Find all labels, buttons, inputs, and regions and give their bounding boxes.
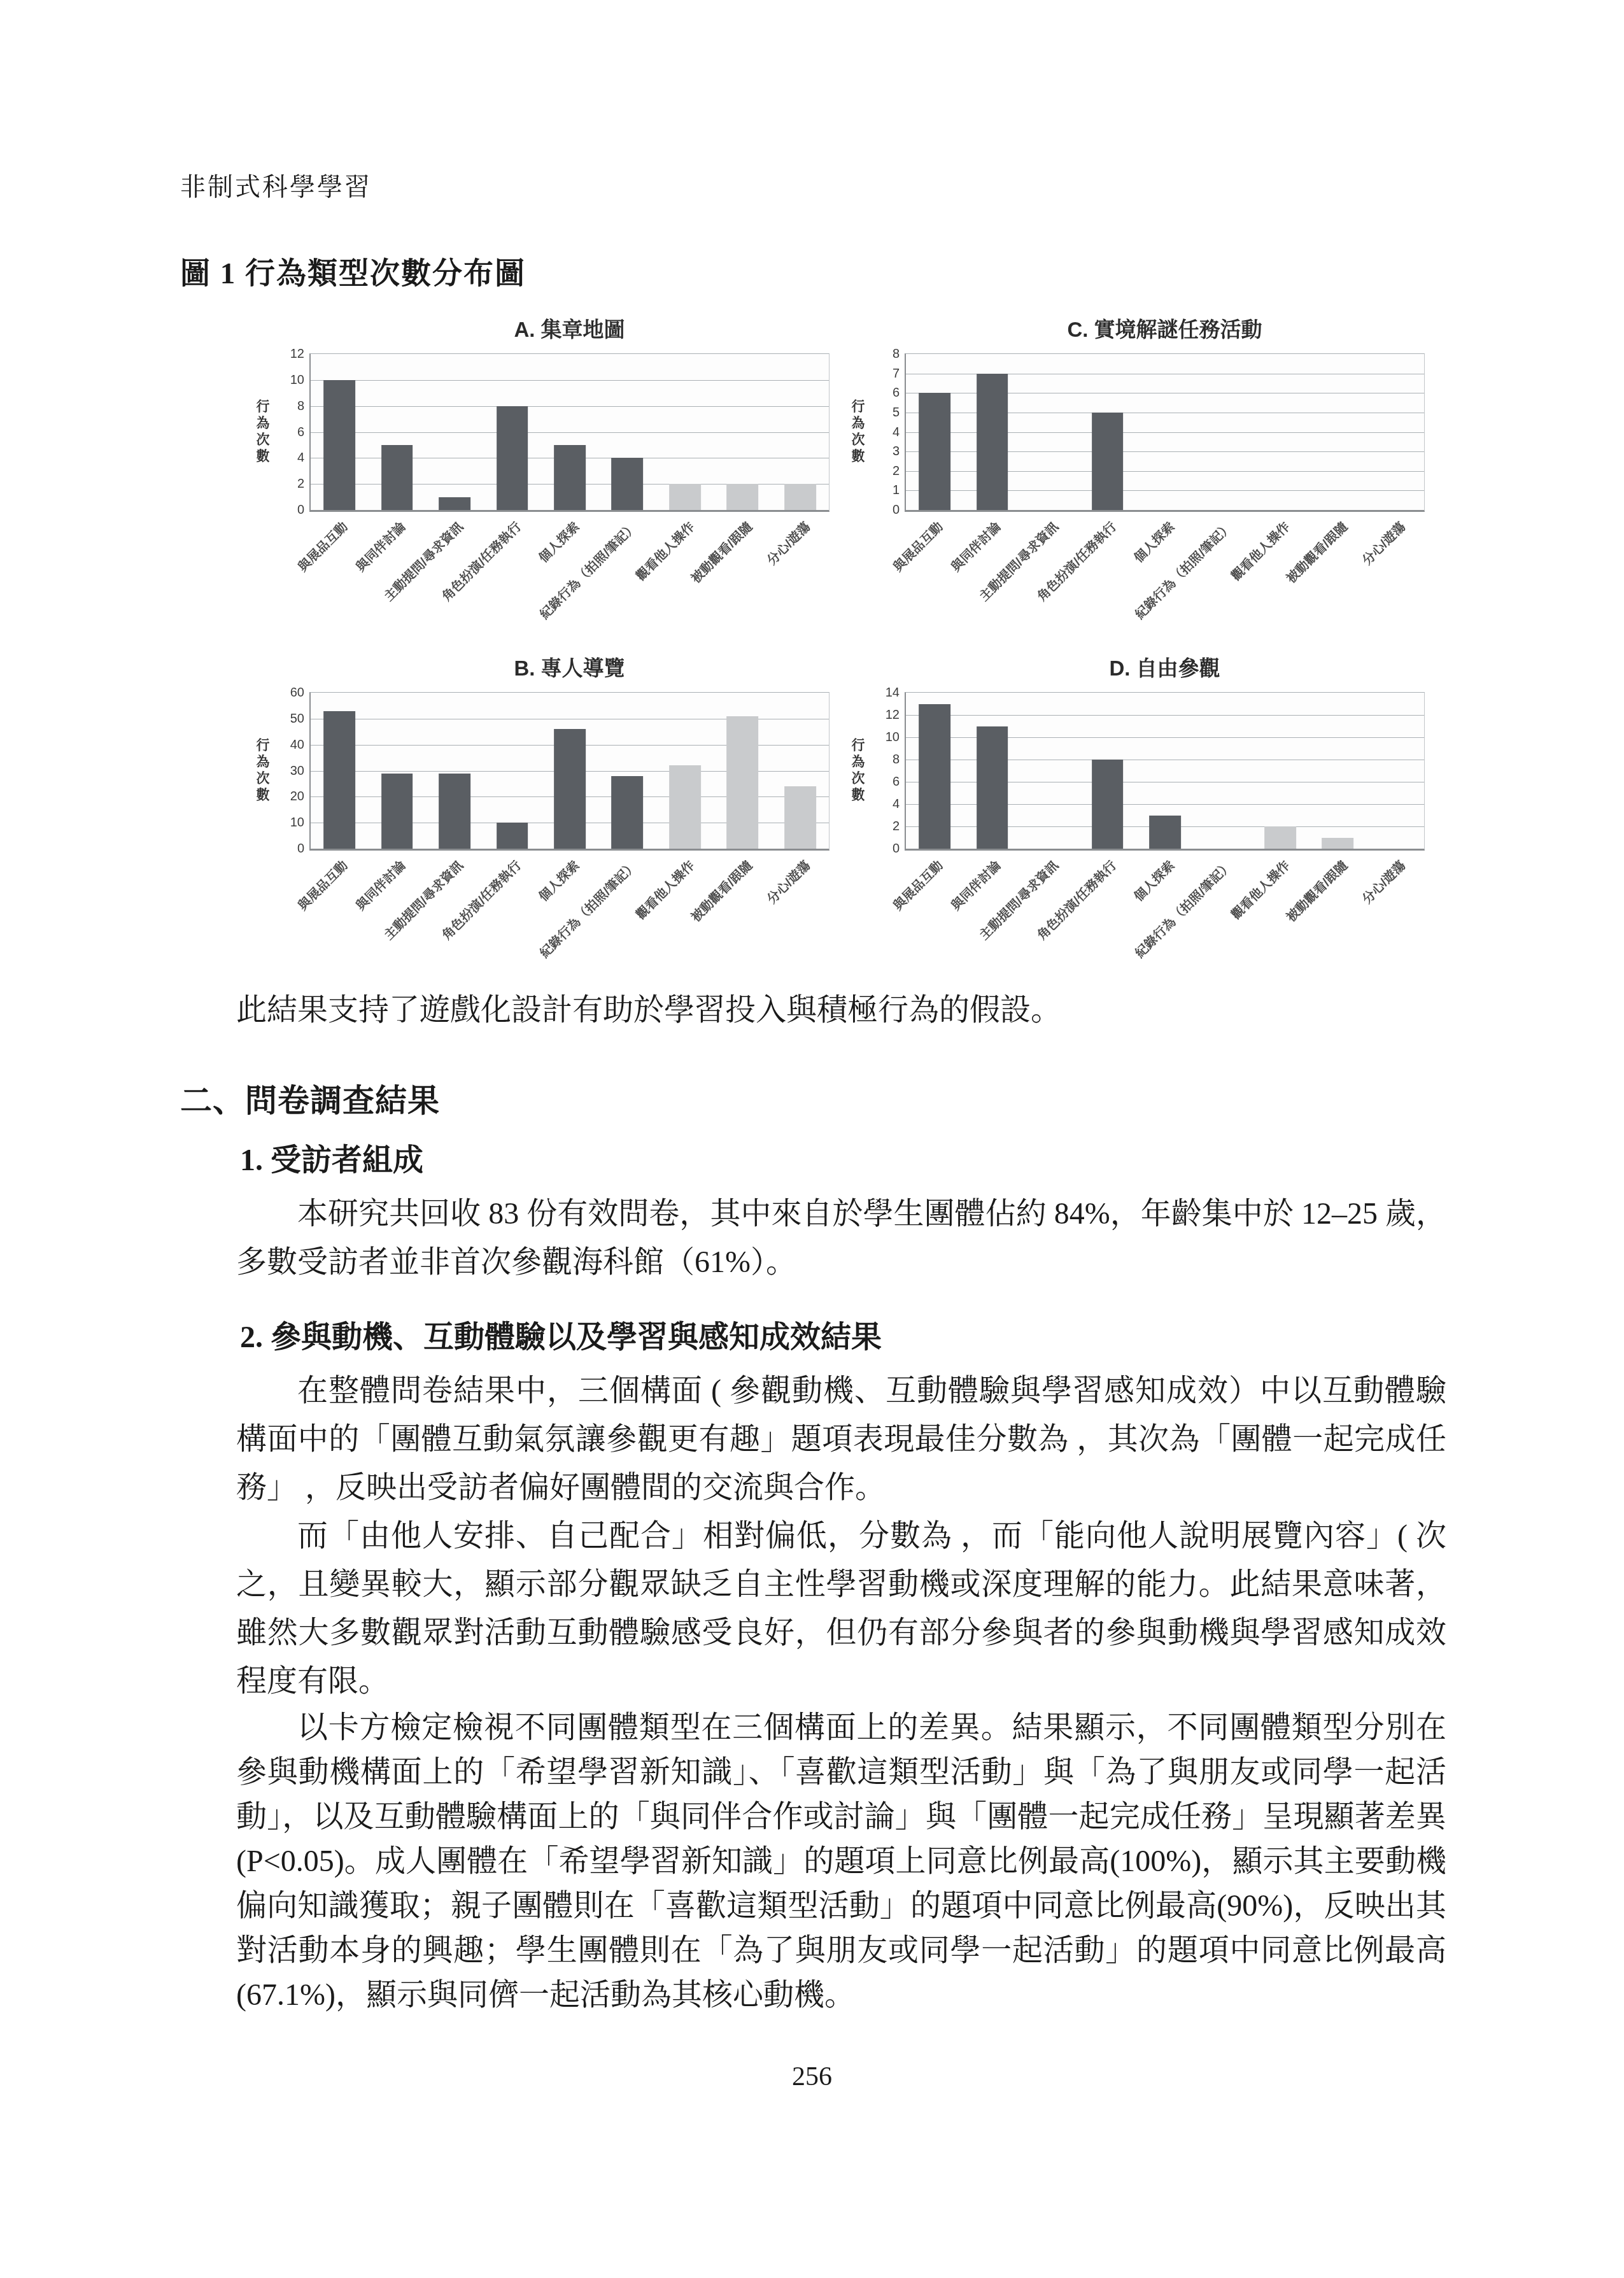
y-axis-tick: 8 bbox=[274, 399, 304, 414]
y-axis-tick: 4 bbox=[869, 797, 900, 812]
y-axis-tick: 0 bbox=[274, 503, 304, 518]
subsection-heading-1: 1. 受訪者組成 bbox=[240, 1136, 1446, 1185]
y-axis-tick: 14 bbox=[869, 686, 900, 700]
y-axis-title: 行為次數 bbox=[849, 353, 868, 509]
y-axis-tick: 60 bbox=[274, 686, 304, 700]
y-axis-tick: 7 bbox=[869, 367, 900, 381]
figure-note: 此結果支持了遊戲化設計有助於學習投入與積極行為的假設。 bbox=[236, 986, 1446, 1035]
y-axis-title-char: 行 bbox=[852, 399, 865, 415]
x-axis-label-text: 與展品互動 bbox=[293, 856, 351, 914]
chart-panel-title: C. 實境解謎任務活動 bbox=[905, 313, 1425, 343]
x-axis-label-text: 與展品互動 bbox=[889, 517, 947, 575]
x-axis-label-text: 分心/遊蕩 bbox=[1357, 517, 1409, 569]
x-axis-label-text: 與同伴討論 bbox=[946, 856, 1004, 914]
y-axis-title: 行為次數 bbox=[253, 353, 272, 509]
y-axis-title: 行為次數 bbox=[253, 692, 272, 848]
x-axis-label-text: 分心/遊蕩 bbox=[762, 856, 814, 907]
bar bbox=[1322, 838, 1353, 849]
y-axis-tick: 10 bbox=[869, 730, 900, 745]
y-axis-title-char: 次 bbox=[257, 770, 270, 787]
x-axis-label-text: 個人探索 bbox=[1129, 856, 1178, 905]
x-axis-label-text: 紀錄行為（拍照/筆記） bbox=[535, 517, 640, 623]
y-axis-tick: 6 bbox=[869, 775, 900, 789]
y-axis-tick: 2 bbox=[869, 464, 900, 479]
y-axis-tick: 6 bbox=[869, 386, 900, 400]
chart-panel-title: A. 集章地圖 bbox=[309, 313, 830, 343]
chart-body: 行為次數02468101214與展品互動與同伴討論主動提問/尋求資訊角色扮演/任… bbox=[849, 692, 1425, 973]
gridline bbox=[311, 380, 829, 381]
y-axis-title-char: 次 bbox=[852, 770, 865, 787]
y-axis-title-char: 數 bbox=[257, 787, 270, 803]
section-heading-2: 二、問卷調查結果 bbox=[180, 1077, 1446, 1125]
y-axis-tick: 6 bbox=[274, 425, 304, 440]
x-axis-labels: 與展品互動與同伴討論主動提問/尋求資訊角色扮演/任務執行個人探索紀錄行為（拍照/… bbox=[309, 851, 830, 973]
bar bbox=[554, 445, 586, 510]
x-axis-label-text: 分心/遊蕩 bbox=[762, 517, 814, 569]
y-axis-tick: 8 bbox=[869, 753, 900, 767]
y-axis-tick: 30 bbox=[274, 764, 304, 779]
x-axis-label-text: 紀錄行為（拍照/筆記） bbox=[1130, 517, 1236, 623]
x-axis-label-text: 與同伴討論 bbox=[351, 517, 409, 575]
chart-panel-title: B. 專人導覽 bbox=[309, 652, 830, 682]
x-axis-label-text: 與同伴討論 bbox=[351, 856, 409, 914]
x-axis-label-text: 被動觀看/跟隨 bbox=[686, 856, 756, 925]
gridline bbox=[311, 406, 829, 407]
paragraph-results-2: 而「由他人安排、自己配合」相對偏低，分數為 ，而「能向他人說明展覽內容」( 次之… bbox=[236, 1512, 1446, 1706]
plot-column: 02468101214與展品互動與同伴討論主動提問/尋求資訊角色扮演/任務執行個… bbox=[868, 692, 1425, 973]
x-axis-label-text: 與同伴討論 bbox=[946, 517, 1004, 575]
bar bbox=[612, 776, 644, 849]
y-axis-title-char: 次 bbox=[257, 432, 270, 448]
x-axis-label-text: 紀錄行為（拍照/筆記） bbox=[535, 856, 640, 961]
y-axis-tick: 40 bbox=[274, 738, 304, 753]
y-axis-tick: 4 bbox=[274, 451, 304, 465]
chart-panel: D. 自由參觀行為次數02468101214與展品互動與同伴討論主動提問/尋求資… bbox=[849, 652, 1425, 973]
document-page: 非制式科學學習 圖 1 行為類型次數分布圖 A. 集章地圖行為次數0246810… bbox=[0, 0, 1624, 2278]
paragraph-respondents: 本研究共回收 83 份有效問卷，其中來自於學生團體佔約 84%，年齡集中於 12… bbox=[236, 1190, 1446, 1287]
bar bbox=[977, 726, 1008, 849]
y-axis-tick: 10 bbox=[274, 373, 304, 388]
running-head: 非制式科學學習 bbox=[180, 167, 372, 203]
bar bbox=[1092, 760, 1124, 849]
y-axis-title-char: 行 bbox=[257, 399, 270, 415]
bar bbox=[726, 716, 758, 849]
bar bbox=[612, 458, 644, 510]
x-axis-label-text: 個人探索 bbox=[533, 856, 583, 905]
bar bbox=[919, 704, 950, 849]
figure-grid: A. 集章地圖行為次數024681012與展品互動與同伴討論主動提問/尋求資訊角… bbox=[253, 313, 1431, 973]
y-axis-tick: 50 bbox=[274, 712, 304, 726]
y-axis-title-char: 數 bbox=[852, 448, 865, 465]
y-axis-title-char: 數 bbox=[257, 448, 270, 465]
bar bbox=[784, 786, 816, 849]
y-axis-tick: 4 bbox=[869, 425, 900, 440]
y-axis-title-char: 數 bbox=[852, 787, 865, 803]
y-axis-tick: 12 bbox=[274, 347, 304, 362]
y-axis-tick: 2 bbox=[869, 819, 900, 834]
bar bbox=[381, 774, 413, 849]
bar bbox=[323, 711, 355, 849]
bar bbox=[439, 497, 470, 510]
x-axis-label-text: 分心/遊蕩 bbox=[1357, 856, 1409, 907]
y-axis-title-char: 行 bbox=[257, 737, 270, 754]
chart-panel: B. 專人導覽行為次數0102030405060與展品互動與同伴討論主動提問/尋… bbox=[253, 652, 830, 973]
y-axis-tick: 0 bbox=[869, 842, 900, 856]
x-axis-labels: 與展品互動與同伴討論主動提問/尋求資訊角色扮演/任務執行個人探索紀錄行為（拍照/… bbox=[905, 851, 1425, 973]
x-axis-label-text: 個人探索 bbox=[533, 517, 583, 566]
plot-area: 012345678 bbox=[905, 353, 1425, 512]
x-axis-labels: 與展品互動與同伴討論主動提問/尋求資訊角色扮演/任務執行個人探索紀錄行為（拍照/… bbox=[905, 512, 1425, 634]
figure-title: 圖 1 行為類型次數分布圖 bbox=[180, 250, 526, 292]
y-axis-tick: 20 bbox=[274, 789, 304, 804]
chart-body: 行為次數024681012與展品互動與同伴討論主動提問/尋求資訊角色扮演/任務執… bbox=[253, 353, 830, 634]
y-axis-title-char: 行 bbox=[852, 737, 865, 754]
bar bbox=[1149, 816, 1181, 849]
bar bbox=[977, 374, 1008, 510]
plot-column: 012345678與展品互動與同伴討論主動提問/尋求資訊角色扮演/任務執行個人探… bbox=[868, 353, 1425, 634]
chart-panel-title: D. 自由參觀 bbox=[905, 652, 1425, 682]
bar bbox=[323, 380, 355, 510]
chart-panel: A. 集章地圖行為次數024681012與展品互動與同伴討論主動提問/尋求資訊角… bbox=[253, 313, 830, 634]
x-axis-label-text: 與展品互動 bbox=[293, 517, 351, 575]
bar bbox=[439, 774, 470, 849]
plot-area: 024681012 bbox=[309, 353, 830, 512]
x-axis-label-text: 與展品互動 bbox=[889, 856, 947, 914]
y-axis-tick: 0 bbox=[274, 842, 304, 856]
gridline bbox=[906, 715, 1424, 716]
y-axis-tick: 3 bbox=[869, 444, 900, 459]
bar bbox=[381, 445, 413, 510]
body-text: 此結果支持了遊戲化設計有助於學習投入與積極行為的假設。 二、問卷調查結果 1. … bbox=[236, 986, 1446, 2018]
bar bbox=[784, 484, 816, 510]
y-axis-title-char: 為 bbox=[852, 754, 865, 770]
plot-column: 024681012與展品互動與同伴討論主動提問/尋求資訊角色扮演/任務執行個人探… bbox=[272, 353, 830, 634]
y-axis-title-char: 為 bbox=[852, 415, 865, 432]
paragraph-results-1: 在整體問卷結果中，三個構面 ( 參觀動機、互動體驗與學習感知成效）中以互動體驗構… bbox=[236, 1367, 1446, 1512]
bar bbox=[497, 823, 528, 849]
subsection-heading-2: 2. 參與動機、互動體驗以及學習與感知成效結果 bbox=[240, 1313, 1446, 1362]
plot-area: 02468101214 bbox=[905, 692, 1425, 851]
x-axis-labels: 與展品互動與同伴討論主動提問/尋求資訊角色扮演/任務執行個人探索紀錄行為（拍照/… bbox=[309, 512, 830, 634]
bar bbox=[669, 765, 701, 849]
bar bbox=[554, 729, 586, 849]
bar bbox=[669, 484, 701, 510]
y-axis-tick: 0 bbox=[869, 503, 900, 518]
y-axis-tick: 2 bbox=[274, 477, 304, 492]
x-axis-label-text: 被動觀看/跟隨 bbox=[1282, 517, 1351, 586]
y-axis-tick: 10 bbox=[274, 816, 304, 830]
plot-column: 0102030405060與展品互動與同伴討論主動提問/尋求資訊角色扮演/任務執… bbox=[272, 692, 830, 973]
y-axis-tick: 12 bbox=[869, 708, 900, 723]
chart-body: 行為次數012345678與展品互動與同伴討論主動提問/尋求資訊角色扮演/任務執… bbox=[849, 353, 1425, 634]
bar bbox=[1092, 413, 1124, 510]
paragraph-results-3: 以卡方檢定檢視不同團體類型在三個構面上的差異。結果顯示，不同團體類型分別在參與動… bbox=[236, 1706, 1446, 2018]
y-axis-tick: 8 bbox=[869, 347, 900, 362]
x-axis-label-text: 紀錄行為（拍照/筆記） bbox=[1130, 856, 1236, 961]
y-axis-title: 行為次數 bbox=[849, 692, 868, 848]
y-axis-tick: 5 bbox=[869, 406, 900, 420]
bar bbox=[726, 484, 758, 510]
bar bbox=[919, 393, 950, 510]
plot-area: 0102030405060 bbox=[309, 692, 830, 851]
x-axis-label-text: 被動觀看/跟隨 bbox=[686, 517, 756, 586]
y-axis-title-char: 為 bbox=[257, 754, 270, 770]
chart-body: 行為次數0102030405060與展品互動與同伴討論主動提問/尋求資訊角色扮演… bbox=[253, 692, 830, 973]
gridline bbox=[311, 432, 829, 433]
x-axis-label-text: 個人探索 bbox=[1129, 517, 1178, 566]
chart-panel: C. 實境解謎任務活動行為次數012345678與展品互動與同伴討論主動提問/尋… bbox=[849, 313, 1425, 634]
x-axis-label-text: 被動觀看/跟隨 bbox=[1282, 856, 1351, 925]
y-axis-tick: 1 bbox=[869, 483, 900, 498]
page-number: 256 bbox=[0, 2062, 1624, 2092]
y-axis-title-char: 為 bbox=[257, 415, 270, 432]
bar bbox=[1264, 826, 1296, 849]
y-axis-title-char: 次 bbox=[852, 432, 865, 448]
bar bbox=[497, 406, 528, 510]
